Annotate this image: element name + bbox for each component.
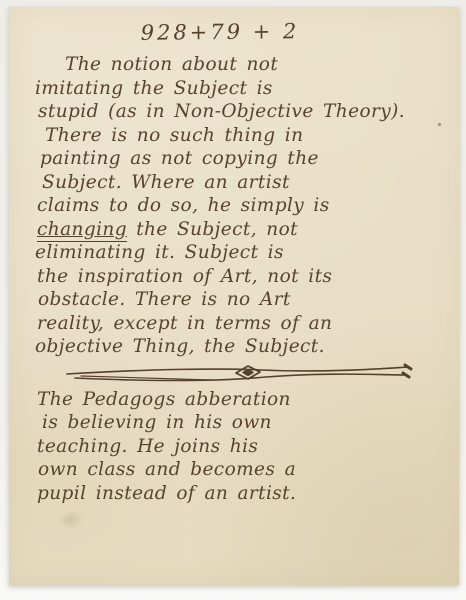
text-line: painting as not copying the xyxy=(40,147,453,171)
paragraph-2: The Pedagogs abberation is believing in … xyxy=(9,388,459,506)
text-line: pupil instead of an artist. xyxy=(37,482,453,506)
note-paper: 928+79 + 2 The notion about not imitatin… xyxy=(9,7,459,585)
text-line: own class and becomes a xyxy=(38,458,453,482)
text-line: imitating the Subject is xyxy=(35,77,453,101)
text-line: Subject. Where an artist xyxy=(42,171,453,195)
text-line: eliminating it. Subject is xyxy=(35,241,453,265)
paragraph-1: The notion about not imitating the Subje… xyxy=(9,53,459,359)
text-line: There is no such thing in xyxy=(45,124,453,148)
text-line: teaching. He joins his xyxy=(37,435,453,459)
heading-number: 928+79 + 2 xyxy=(0,18,445,47)
text-line-with-underline: changing the Subject, not xyxy=(37,218,453,242)
text-line: reality, except in terms of an xyxy=(37,312,453,336)
text-line: objective Thing, the Subject. xyxy=(35,335,453,359)
photograph-of-handwritten-note: 928+79 + 2 The notion about not imitatin… xyxy=(0,0,466,600)
text-line: obstacle. There is no Art xyxy=(38,288,453,312)
text-line-rest: the Subject, not xyxy=(127,219,298,240)
paper-smudge xyxy=(54,507,88,533)
section-divider-drawing xyxy=(61,362,413,386)
text-line: The notion about not xyxy=(65,53,453,77)
ink-dot xyxy=(438,123,441,126)
text-line: stupid (as in Non-Objective Theory). xyxy=(38,100,453,124)
text-line: claims to do so, he simply is xyxy=(37,194,453,218)
text-line: is believing in his own xyxy=(42,411,453,435)
text-line: The Pedagogs abberation xyxy=(37,388,453,412)
underlined-word: changing xyxy=(37,219,127,242)
text-line: the inspiration of Art, not its xyxy=(37,265,453,289)
